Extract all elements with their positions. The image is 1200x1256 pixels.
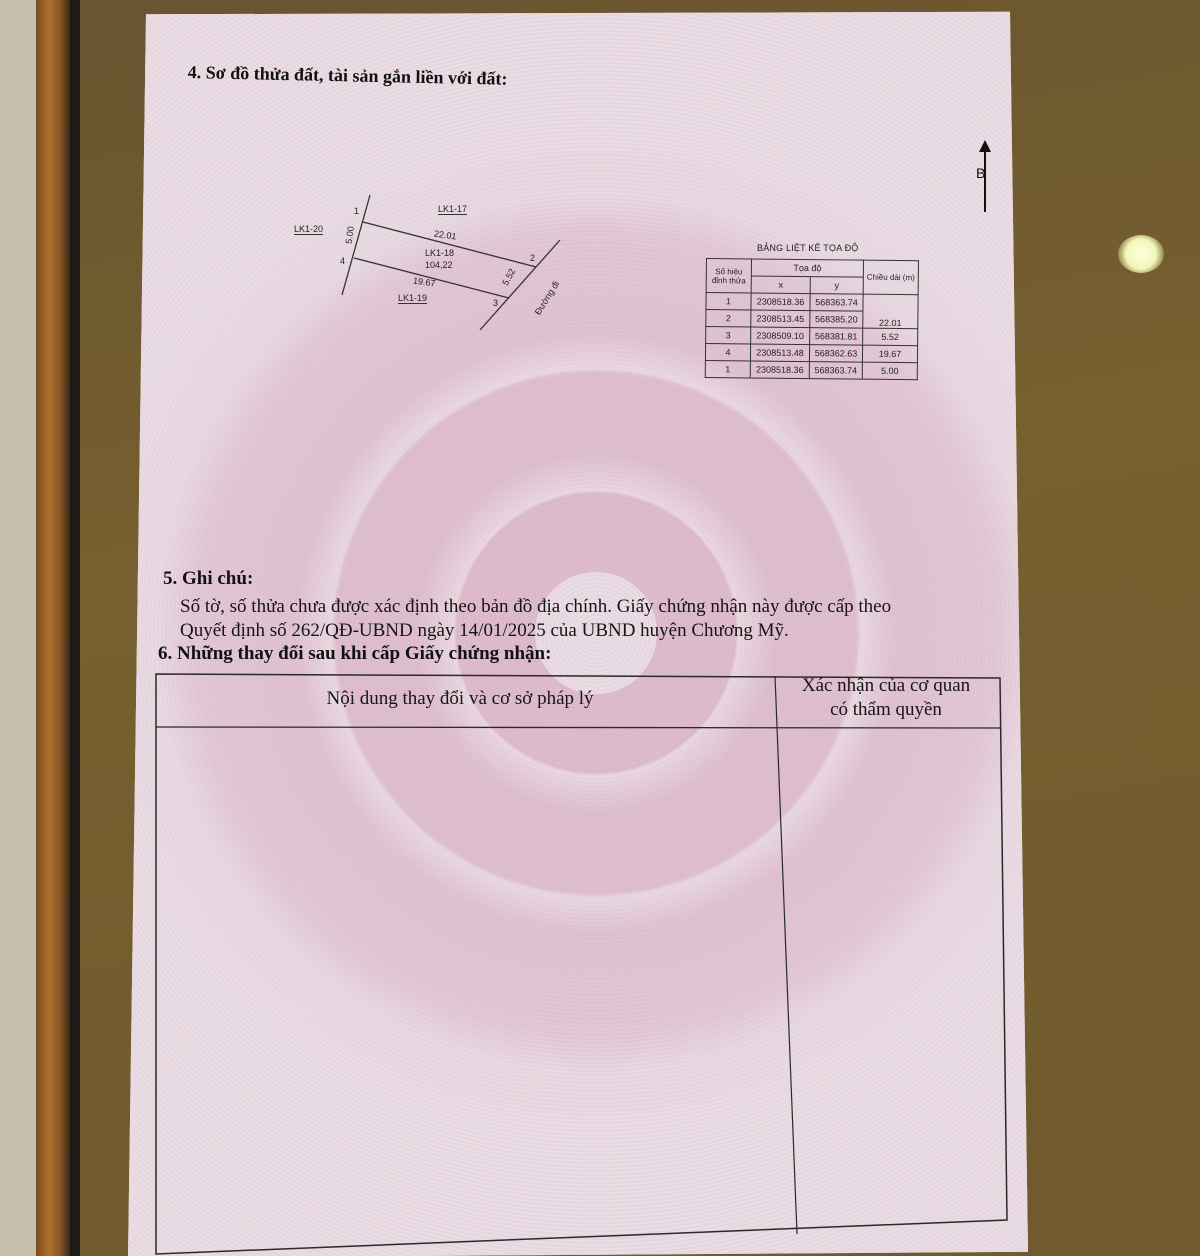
section5-heading: 5. Ghi chú: xyxy=(163,568,253,590)
vertex-1-label: 1 xyxy=(354,206,359,216)
coordinate-table: Số hiệu đỉnh thửa Tọa độ Chiều dài (m) x… xyxy=(705,258,919,380)
wooden-frame-rail xyxy=(36,0,70,1256)
north-label: B xyxy=(976,165,985,181)
column-header-authority-confirmation: Xác nhận của cơ quan có thẩm quyền xyxy=(775,674,997,722)
header-point-no: Số hiệu đỉnh thửa xyxy=(706,259,751,293)
frame-shadow xyxy=(70,0,80,1256)
header-x: x xyxy=(751,276,810,294)
length-cell: 5.00 xyxy=(862,362,917,380)
length-cell: 5.52 xyxy=(863,328,918,346)
wall-background xyxy=(0,0,40,1256)
coordinate-table-title: BẢNG LIỆT KÊ TỌA ĐỘ xyxy=(757,243,859,253)
table-row: 4 2308513.48 568362.63 19.67 xyxy=(705,344,917,363)
neighbor-south-label: LK1-19 xyxy=(398,293,427,304)
section6-heading: 6. Những thay đổi sau khi cấp Giấy chứng… xyxy=(158,643,551,665)
header-y: y xyxy=(810,277,863,295)
neighbor-west-label: LK1-20 xyxy=(294,224,323,235)
table-row: 1 2308518.36 568363.74 5.00 xyxy=(705,360,917,379)
note-line-1: Số tờ, số thửa chưa được xác định theo b… xyxy=(180,596,891,618)
north-arrow: B xyxy=(978,140,992,212)
vertex-4-label: 4 xyxy=(340,256,345,266)
neighbor-north-label: LK1-17 xyxy=(438,204,467,215)
parcel-area-label: 104,22 xyxy=(425,260,453,270)
light-glare xyxy=(1118,235,1164,273)
column-header-change-content: Nội dung thay đổi và cơ sở pháp lý xyxy=(160,688,760,710)
changes-table xyxy=(155,672,1002,1237)
vertex-2-label: 2 xyxy=(530,253,535,263)
header-coords: Tọa độ xyxy=(751,259,863,277)
vertex-3-label: 3 xyxy=(493,298,498,308)
table-row: 1 2308518.36 568363.74 22.01 xyxy=(706,293,918,312)
note-line-2: Quyết định số 262/QĐ-UBND ngày 14/01/202… xyxy=(180,620,789,642)
parcel-id-label: LK1-18 xyxy=(425,248,454,258)
length-cell: 22.01 xyxy=(863,294,918,329)
table-row: 3 2308509.10 568381.81 5.52 xyxy=(706,327,918,346)
length-cell: 19.67 xyxy=(862,345,917,363)
header-length: Chiều dài (m) xyxy=(863,260,918,295)
